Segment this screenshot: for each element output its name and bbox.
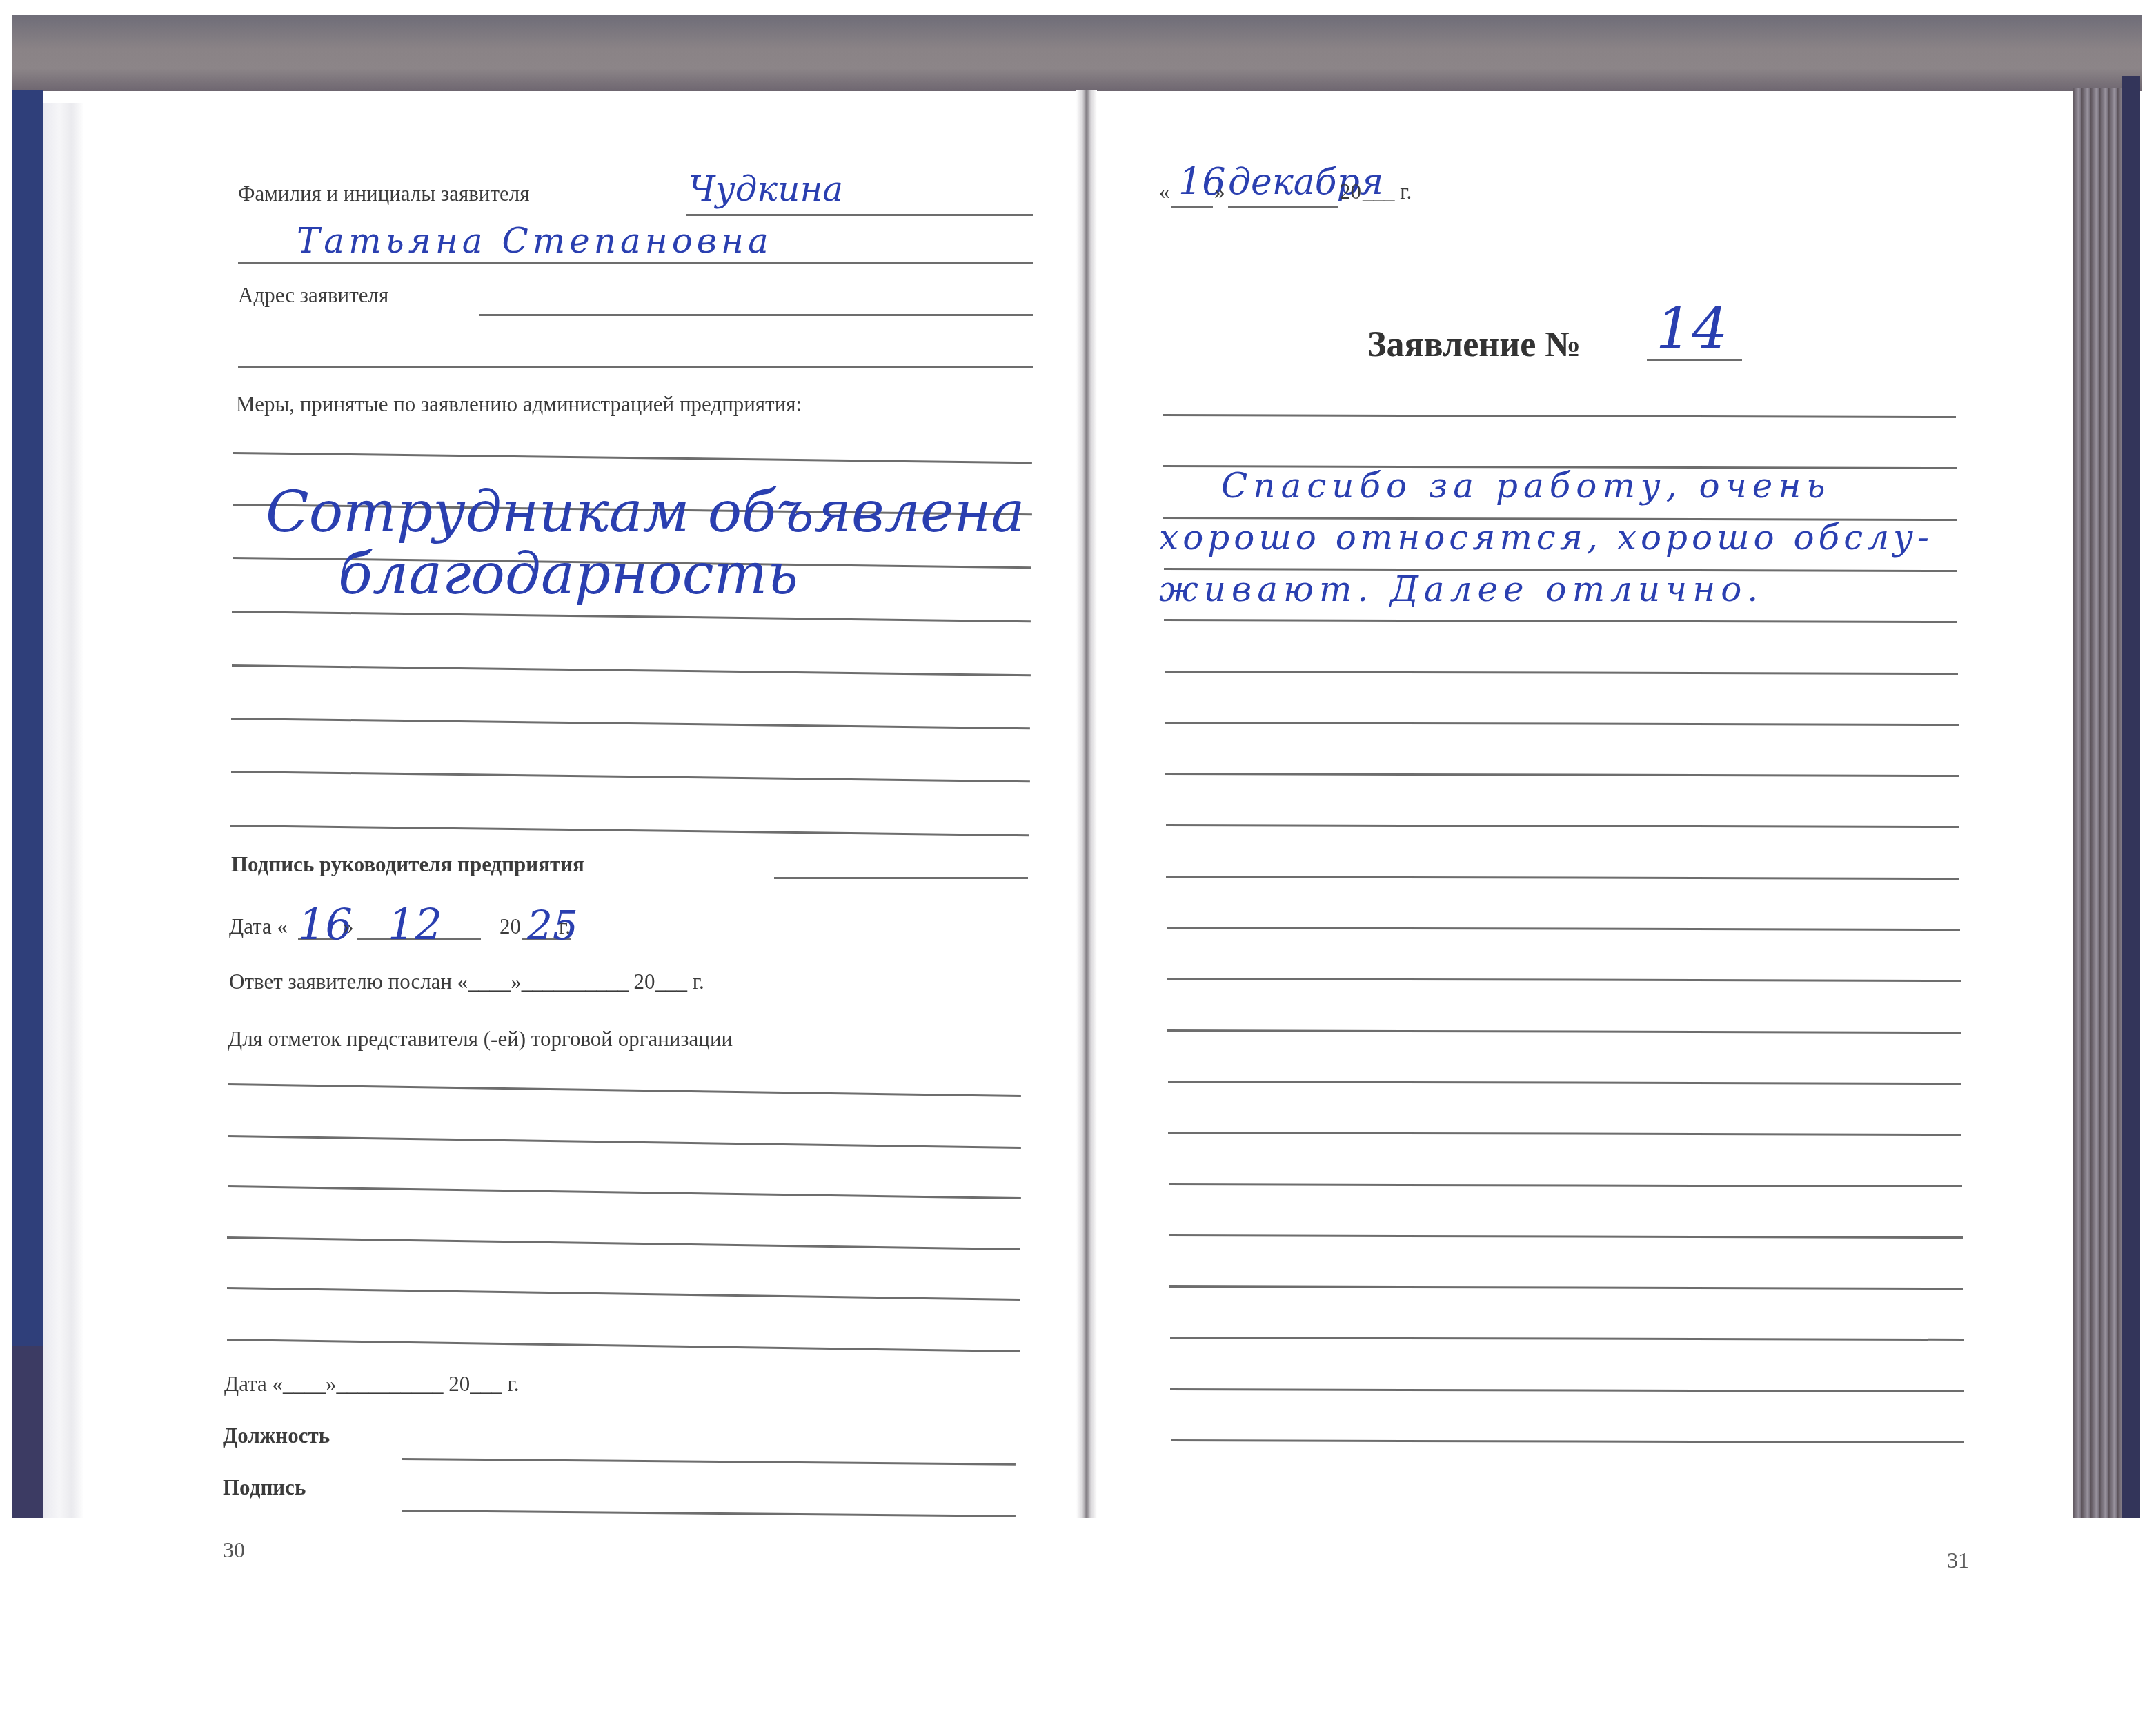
signature-label: Подпись	[223, 1475, 306, 1500]
right-page: « 16 » декабря 20 ___ г. Заявление № 14 …	[1097, 93, 2073, 1518]
applicant-name-label: Фамилия и инициалы заявителя	[238, 181, 529, 206]
notes-line-4[interactable]	[227, 1236, 1020, 1250]
page-stack-right	[2073, 88, 2122, 1518]
signature-line[interactable]	[402, 1510, 1016, 1517]
application-line[interactable]	[1168, 1081, 1961, 1085]
application-number[interactable]: 14	[1656, 297, 1728, 362]
measures-line-1	[233, 452, 1032, 464]
rep-date-label[interactable]: Дата «____»__________ 20___ г.	[224, 1372, 520, 1397]
application-line[interactable]	[1167, 978, 1961, 982]
book-cover-left-bottom	[12, 1345, 43, 1518]
manager-date-field[interactable]: Дата « 16 » 12 20 25 г.	[229, 900, 712, 942]
application-line[interactable]	[1163, 414, 1956, 418]
applicant-surname[interactable]: Чудкина	[689, 169, 843, 209]
application-line[interactable]	[1169, 1234, 1963, 1239]
measures-line-5	[232, 664, 1031, 676]
application-line[interactable]	[1166, 876, 1959, 880]
application-text-line-2[interactable]: хорошо относятся, хорошо обслу-	[1159, 517, 1933, 558]
application-line[interactable]	[1171, 1439, 1964, 1443]
applicant-address-line-2[interactable]	[238, 366, 1033, 368]
date-day-line	[1171, 206, 1213, 208]
application-line[interactable]	[1168, 1132, 1961, 1136]
application-line[interactable]	[1165, 773, 1959, 777]
date-year-suffix: ___ г.	[1363, 179, 1412, 204]
applicant-given-names[interactable]: Татьяна Степановна	[297, 221, 773, 261]
measures-text-line-1[interactable]: Сотрудникам объявлена	[266, 480, 1025, 545]
application-line[interactable]	[1169, 1183, 1962, 1187]
page-stack-left	[43, 103, 84, 1518]
measures-text-line-2[interactable]: благодарность	[338, 542, 798, 607]
notes-line-6[interactable]	[227, 1339, 1020, 1352]
measures-line-4	[232, 611, 1031, 622]
application-line[interactable]	[1164, 619, 1957, 623]
applicant-address-line-1[interactable]	[479, 314, 1033, 316]
page-number-right: 31	[1947, 1548, 1969, 1573]
measures-line-8	[230, 825, 1029, 836]
date-month-line	[1228, 206, 1338, 208]
date-month-value[interactable]: 12	[388, 899, 442, 949]
application-line[interactable]	[1170, 1337, 1964, 1341]
date-open-quote: «	[1159, 179, 1170, 204]
application-date-field[interactable]: « 16 » декабря 20 ___ г.	[1159, 166, 1608, 214]
measures-label: Меры, принятые по заявлению администраци…	[236, 392, 802, 417]
applicant-name-line-2	[238, 262, 1033, 264]
applicant-address-label: Адрес заявителя	[238, 283, 388, 308]
date-close-quote: »	[343, 914, 354, 939]
application-line[interactable]	[1165, 671, 1958, 675]
left-page: Фамилия и инициалы заявителя Чудкина Тат…	[83, 93, 1076, 1518]
book-cover-left	[12, 90, 43, 1518]
application-title: Заявление №	[1367, 324, 1581, 365]
date-year-prefix: 20	[500, 914, 521, 939]
application-text-line-3[interactable]: живают. Далее отлично.	[1159, 569, 1763, 609]
measures-line-6	[231, 718, 1030, 729]
notes-line-5[interactable]	[227, 1287, 1020, 1301]
notes-line-3[interactable]	[228, 1185, 1021, 1199]
application-line[interactable]	[1170, 1388, 1964, 1392]
reply-sent-label[interactable]: Ответ заявителю послан «____»__________ …	[229, 969, 704, 994]
manager-signature-line[interactable]	[774, 877, 1028, 879]
page-number-left: 30	[223, 1537, 245, 1563]
notes-line-2[interactable]	[228, 1135, 1021, 1149]
application-line[interactable]	[1166, 824, 1959, 828]
trade-org-notes-label: Для отметок представителя (-ей) торговой…	[228, 1027, 733, 1052]
date-year-prefix: 20	[1340, 179, 1361, 204]
measures-line-7	[231, 771, 1030, 782]
scanner-shadow-top	[12, 15, 2142, 91]
application-line[interactable]	[1167, 927, 1960, 931]
application-line[interactable]	[1167, 1029, 1961, 1034]
notes-line-1[interactable]	[228, 1083, 1021, 1097]
applicant-name-line-1	[686, 214, 1033, 216]
date-label: Дата «	[229, 914, 288, 939]
application-text-line-1[interactable]: Спасибо за работу, очень	[1221, 466, 1831, 506]
book-spine	[1076, 90, 1097, 1518]
position-line[interactable]	[402, 1458, 1016, 1466]
position-label: Должность	[223, 1423, 330, 1448]
application-line[interactable]	[1165, 722, 1959, 726]
date-close-quote: »	[1214, 179, 1225, 204]
application-line[interactable]	[1169, 1285, 1963, 1290]
book-cover-right	[2122, 76, 2140, 1518]
date-year-suffix: г.	[559, 914, 571, 939]
manager-signature-label: Подпись руководителя предприятия	[231, 852, 584, 877]
